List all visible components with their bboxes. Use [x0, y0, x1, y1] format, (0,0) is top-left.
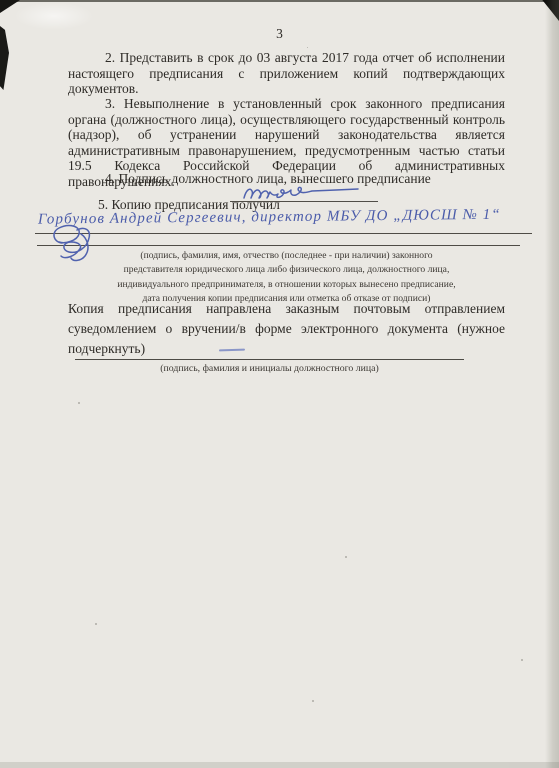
dust-speck	[345, 556, 347, 558]
receipt-caption-line: представителя юридического лица либо физ…	[68, 263, 505, 277]
scanned-document-page: 3 2. Представить в срок до 03 августа 20…	[0, 0, 559, 768]
receipt-caption-line: индивидуального предпринимателя, в отнош…	[68, 278, 505, 292]
final-caption: (подпись, фамилия и инициалы должностног…	[75, 363, 464, 374]
dust-speck	[95, 623, 97, 625]
receipt-caption: (подпись, фамилия, имя, отчество (послед…	[68, 249, 505, 307]
dust-speck	[307, 47, 308, 48]
receipt-caption-line: (подпись, фамилия, имя, отчество (послед…	[68, 249, 505, 263]
dust-speck	[312, 700, 314, 702]
paragraph-2: 2. Представить в срок до 03 августа 2017…	[68, 50, 505, 97]
dust-speck	[78, 402, 80, 404]
page-number: 3	[0, 26, 559, 42]
dust-speck	[521, 659, 523, 661]
official-final-signature-line	[75, 359, 464, 360]
scan-edge-right	[545, 0, 559, 768]
scan-edge-bottom	[0, 762, 559, 768]
copy-sent-paragraph: Копия предписания направлена заказным по…	[68, 299, 505, 359]
